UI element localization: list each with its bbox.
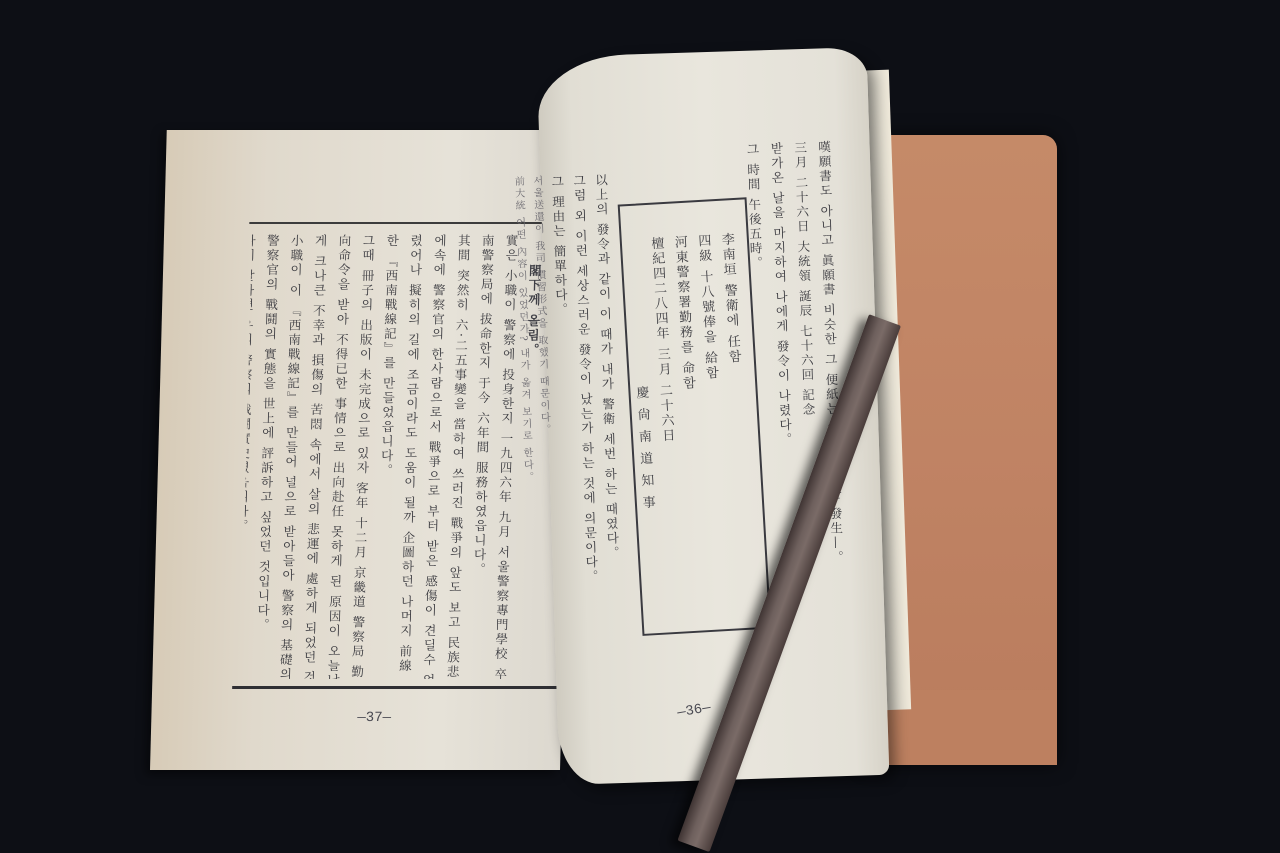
text-column: 렸어나 擬히의 길에 조금이라도 도움이 될까 企圖하던 나머지 前線 삼가 告: [395, 234, 424, 679]
text-column: 其間 突然히 六·二五事變을 當하여 쓰러진 戰爭의 앞도 보고 民族悲哀의 痾: [443, 234, 472, 679]
text-column: 小職이 이 『西南戰線記』를 만들어 널으로 받아들아 警察의 基礎의 우리: [276, 234, 305, 679]
appointment-decree-box: 李南垣 警衛에 任함 四級 十八號俸을 給함 河東警察署勤務를 命함 檀紀四二八…: [618, 197, 772, 636]
text-column: 한 『西南戰線記』를 만들었읍니다。: [371, 234, 400, 679]
page-number-left: —37—: [357, 710, 391, 726]
page-number-right: —36—: [676, 700, 712, 721]
text-column: 에속에 警察官의 한사람으로서 戰爭으로 부터 받은 感傷이 견딜수 없게 되어: [419, 234, 448, 679]
text-column: 向命令을 받아 不得已한 事情으로 出向赴任 못하게 된 原因이 오늘날 小職에: [324, 234, 353, 679]
bottom-rule: [232, 686, 557, 689]
text-column: 그때 冊子의 出版이 未完成으로 있자 客年 十二月 京畿道 警察局 勤務로 出: [348, 234, 377, 679]
text-column: 게 크나큰 不幸과 損傷의 苦悶 속에서 살의 悲運에 處하게 되었던 것입니다: [300, 234, 329, 679]
text-column: 警察官의 戰鬪의 實態을 世上에 評訴하고 싶었던 것입니다。: [252, 234, 281, 679]
book-photo-scene: 살가 閣下께 회답되이 올리나이다。 閣下께 올림。 實은 小職이 警察에 投身…: [0, 0, 1280, 853]
text-column: 南警察局에 拔命한지 于今 六年間 服務하였읍니다。: [467, 234, 496, 679]
right-page-text-bottom: 以上의 發令과 같이 이 때가 내가 警衛 세번 하는 때였다。 그럼 외 이런…: [548, 173, 626, 735]
